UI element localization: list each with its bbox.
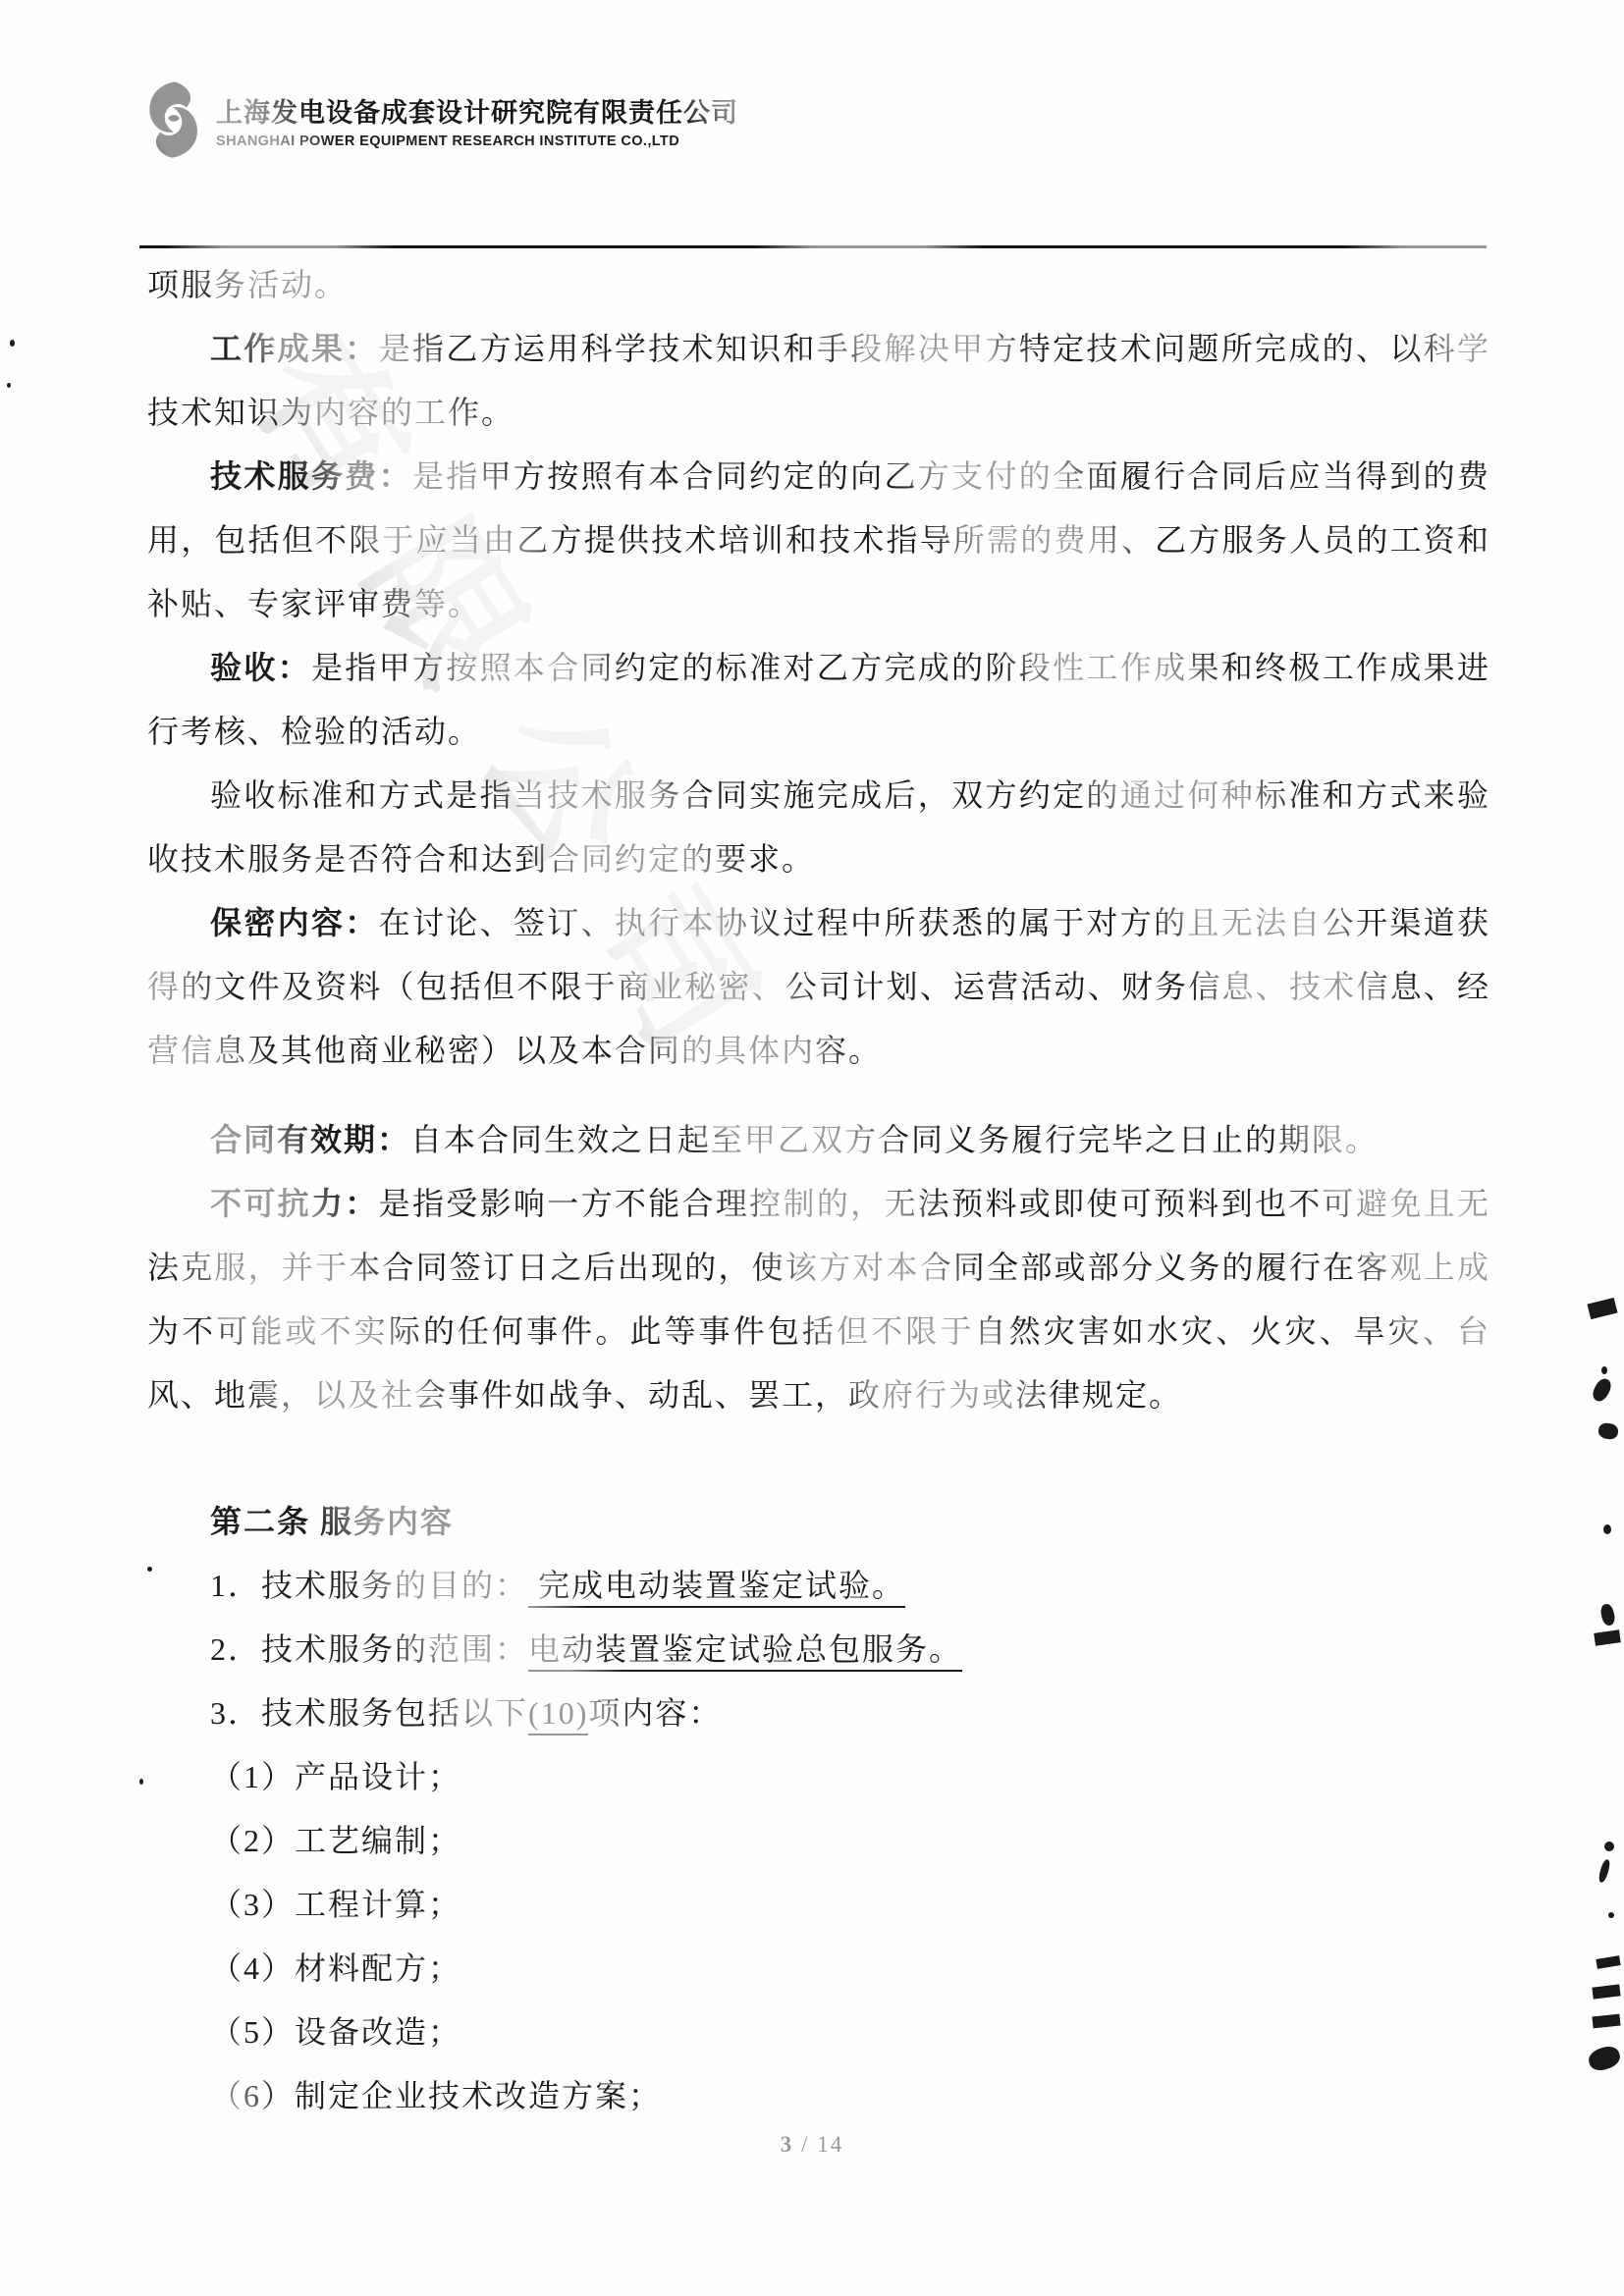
item-label: 技术服务的目的：: [261, 1568, 528, 1603]
paragraph: 合同有效期：自本合同生效之日起至甲乙双方合同义务履行完毕之日止的期限。: [147, 1108, 1490, 1172]
scan-speck: [10, 340, 15, 347]
paragraph-lead: 合同有效期：: [210, 1122, 410, 1157]
page-number-separator: /: [801, 2132, 817, 2157]
scan-artifact: [1608, 1912, 1614, 1918]
paragraph-text: 自本合同生效之日起至甲乙双方合同义务履行完毕之日止的期限。: [410, 1122, 1379, 1157]
service-item: 2．技术服务的范围：电动装置鉴定试验总包服务。: [147, 1618, 1490, 1682]
scan-speck: [139, 1779, 143, 1785]
paragraph-lead: 验收：: [210, 650, 311, 685]
page-footer: 3 / 14: [0, 2132, 1624, 2158]
scan-speck: [147, 1567, 152, 1572]
item-number: 1．: [210, 1568, 261, 1603]
paragraph-text: 验收标准和方式是指当技术服务合同实施完成后，双方约定的通过何种标准和方式来验收技…: [147, 777, 1490, 877]
scan-artifact: [1597, 1421, 1619, 1440]
item-underlined-value: (10): [528, 1695, 588, 1735]
scan-artifact: [1594, 1629, 1621, 1645]
scan-artifact: [1596, 1955, 1620, 1969]
item-label: 技术服务包括以下: [261, 1695, 528, 1731]
paragraph-text: 是指甲方按照本合同约定的标准对乙方完成的阶段性工作成果和终极工作成果进行考核、检…: [147, 650, 1490, 749]
sub-item: （2）工艺编制；: [147, 1809, 1490, 1873]
item-underlined-value: 电动装置鉴定试验总包服务。: [528, 1631, 962, 1672]
sub-item: （6）制定企业技术改造方案；: [147, 2064, 1490, 2128]
section-heading: 第二条 服务内容: [147, 1490, 1490, 1554]
paragraph: 项服务活动。: [147, 253, 1490, 317]
sub-item: （5）设备改造；: [147, 2001, 1490, 2064]
document-body: 项服务活动。 工作成果：是指乙方运用科学技术知识和手段解决甲方特定技术问题所完成…: [147, 253, 1490, 2128]
paragraph: 保密内容：在讨论、签订、执行本协议过程中所获悉的属于对方的且无法自公开渠道获得的…: [147, 891, 1490, 1083]
paragraph: 验收标准和方式是指当技术服务合同实施完成后，双方约定的通过何种标准和方式来验收技…: [147, 764, 1490, 891]
scan-artifact: [1603, 1524, 1611, 1534]
scan-artifact: [1604, 1842, 1614, 1851]
sub-item: （3）工程计算；: [147, 1873, 1490, 1937]
company-logo-icon: [145, 79, 202, 161]
scan-artifact: [1586, 2044, 1622, 2074]
item-tail: 项内容：: [588, 1695, 722, 1731]
paragraph-lead: 技术服务费：: [210, 458, 412, 494]
scan-artifact: [1590, 1376, 1614, 1404]
scan-artifact: [1592, 2014, 1620, 2029]
company-name-en: SHANGHAI POWER EQUIPMENT RESEARCH INSTIT…: [216, 133, 738, 149]
service-item: 3．技术服务包括以下(10)项内容：: [147, 1682, 1490, 1745]
scan-artifact: [1597, 1858, 1611, 1883]
sub-item: （1）产品设计；: [147, 1745, 1490, 1809]
paragraph: 工作成果：是指乙方运用科学技术知识和手段解决甲方特定技术问题所完成的、以科学技术…: [147, 317, 1490, 445]
page-header: 上海发电设备成套设计研究院有限责任公司 SHANGHAI POWER EQUIP…: [145, 79, 738, 161]
scan-artifact: [1601, 1366, 1607, 1374]
paragraph-lead: 不可抗力：: [210, 1186, 379, 1221]
item-number: 3．: [210, 1695, 261, 1731]
paragraph: 技术服务费：是指甲方按照有本合同约定的向乙方支付的全面履行合同后应当得到的费用，…: [147, 445, 1490, 636]
paragraph-lead: 工作成果：: [210, 331, 379, 366]
paragraph: 验收：是指甲方按照本合同约定的标准对乙方完成的阶段性工作成果和终极工作成果进行考…: [147, 636, 1490, 764]
sub-item: （4）材料配方；: [147, 1937, 1490, 2001]
page-number-total: 14: [817, 2132, 843, 2157]
item-label: 技术服务的范围：: [261, 1631, 528, 1667]
company-brand: 上海发电设备成套设计研究院有限责任公司 SHANGHAI POWER EQUIP…: [216, 91, 738, 149]
paragraph-lead: 保密内容：: [210, 905, 379, 940]
scan-artifact: [1587, 1298, 1617, 1319]
scan-speck: [7, 383, 11, 388]
scan-artifact: [1592, 1984, 1620, 1999]
item-underlined-value: 完成电动装置鉴定试验。: [528, 1568, 905, 1608]
header-rule: [139, 245, 1487, 248]
paragraph-text: 项服务活动。: [147, 267, 348, 302]
item-number: 2．: [210, 1631, 261, 1667]
service-item: 1．技术服务的目的： 完成电动装置鉴定试验。: [147, 1554, 1490, 1618]
scan-artifact: [1599, 1603, 1616, 1627]
page-number-current: 3: [781, 2132, 794, 2157]
document-page: 有限公司 上海发电设备成套设计研究院有限责任公司 SHANGHAI POWER …: [0, 0, 1624, 2296]
paragraph: 不可抗力：是指受影响一方不能合理控制的，无法预料或即使可预料到也不可避免且无法克…: [147, 1172, 1490, 1427]
company-name-cn: 上海发电设备成套设计研究院有限责任公司: [216, 91, 738, 130]
